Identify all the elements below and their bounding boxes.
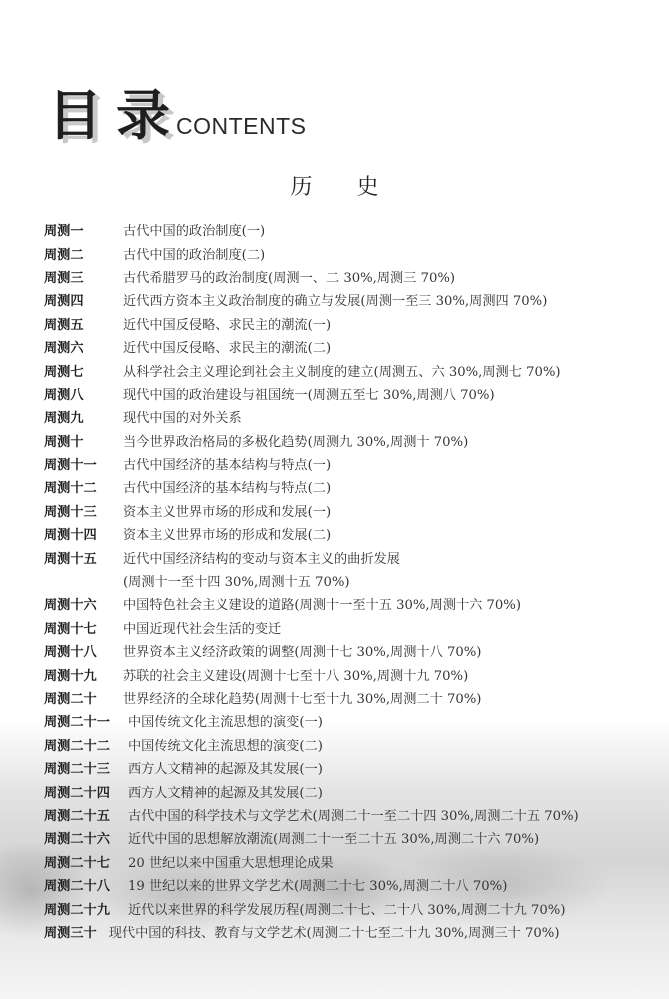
toc-entry-title: 近代西方资本主义政治制度的确立与发展(周测一至三 30%,周测四 70%)	[123, 290, 547, 309]
toc-entry[interactable]: 周测十三资本主义世界市场的形成和发展(一)	[44, 499, 664, 522]
toc-entry-number: 周测二十五	[44, 805, 110, 824]
toc-entry-title: 近代中国反侵略、求民主的潮流(一)	[123, 314, 331, 333]
contents-title-en: CONTENTS	[176, 113, 307, 140]
toc-entry[interactable]: 周测一古代中国的政治制度(一)	[44, 218, 664, 241]
toc-entry[interactable]: 周测二十五古代中国的科学技术与文学艺术(周测二十一至二十四 30%,周测二十五 …	[44, 803, 664, 826]
contents-title-cn: 目录	[48, 88, 184, 142]
toc-entry-number: 周测十九	[44, 665, 123, 684]
toc-entry[interactable]: 周测七从科学社会主义理论到社会主义制度的建立(周测五、六 30%,周测七 70%…	[44, 358, 664, 381]
toc-entry[interactable]: 周测十八世界资本主义经济政策的调整(周测十七 30%,周测十八 70%)	[44, 639, 664, 662]
toc-entry-number: 周测二十四	[44, 782, 110, 801]
toc-entry-number: 周测二十二	[44, 735, 110, 754]
toc-entry-number: 周测二十八	[44, 875, 110, 894]
section-title-history: 历史	[0, 170, 669, 201]
toc-entry-title: 当今世界政治格局的多极化趋势(周测九 30%,周测十 70%)	[123, 431, 468, 450]
toc-entry[interactable]: 周测十六中国特色社会主义建设的道路(周测十一至十五 30%,周测十六 70%)	[44, 592, 664, 615]
toc-entry[interactable]: 周测二十八19 世纪以来的世界文学艺术(周测二十七 30%,周测二十八 70%)	[44, 873, 664, 896]
toc-entry-title: 近代中国的思想解放潮流(周测二十一至二十五 30%,周测二十六 70%)	[128, 828, 539, 847]
toc-entry-title: 近代中国经济结构的变动与资本主义的曲折发展	[123, 548, 400, 567]
toc-entry-title: 苏联的社会主义建设(周测十七至十八 30%,周测十九 70%)	[123, 665, 468, 684]
toc-entry[interactable]: 周测八现代中国的政治建设与祖国统一(周测五至七 30%,周测八 70%)	[44, 382, 664, 405]
toc-entry-title: 西方人文精神的起源及其发展(一)	[128, 758, 323, 777]
toc-entry[interactable]: 周测十当今世界政治格局的多极化趋势(周测九 30%,周测十 70%)	[44, 429, 664, 452]
toc-entry-title: 世界经济的全球化趋势(周测十七至十九 30%,周测二十 70%)	[123, 688, 481, 707]
toc-entry[interactable]: 周测二十六近代中国的思想解放潮流(周测二十一至二十五 30%,周测二十六 70%…	[44, 826, 664, 849]
toc-entry[interactable]: 周测十七中国近现代社会生活的变迁	[44, 616, 664, 639]
toc-entry[interactable]: 周测十五近代中国经济结构的变动与资本主义的曲折发展	[44, 545, 664, 568]
toc-entry[interactable]: 周测三十现代中国的科技、教育与文学艺术(周测二十七至二十九 30%,周测三十 7…	[44, 920, 664, 943]
toc-entry[interactable]: 周测二古代中国的政治制度(二)	[44, 241, 664, 264]
toc-entry[interactable]: 周测十九苏联的社会主义建设(周测十七至十八 30%,周测十九 70%)	[44, 662, 664, 685]
toc-entry[interactable]: 周测六近代中国反侵略、求民主的潮流(二)	[44, 335, 664, 358]
toc-entry-title: 现代中国的政治建设与祖国统一(周测五至七 30%,周测八 70%)	[123, 384, 495, 403]
toc-entry-number: 周测三	[44, 267, 123, 286]
toc-entry-title: 中国特色社会主义建设的道路(周测十一至十五 30%,周测十六 70%)	[123, 594, 521, 613]
toc-entry-number: 周测十	[44, 431, 123, 450]
toc-entry[interactable]: 周测五近代中国反侵略、求民主的潮流(一)	[44, 312, 664, 335]
toc-entry-number: 周测三十	[44, 922, 97, 941]
toc-entry-number: 周测十二	[44, 477, 123, 496]
toc-entry-title: 近代中国反侵略、求民主的潮流(二)	[123, 337, 331, 356]
toc-entry-number: 周测一	[44, 220, 123, 239]
toc-entry-number: 周测十七	[44, 618, 123, 637]
toc-entry-number: 周测二十三	[44, 758, 110, 777]
toc-entry-title: 古代中国经济的基本结构与特点(二)	[123, 477, 331, 496]
toc-entry-number: 周测四	[44, 290, 123, 309]
toc-entry-number: 周测二十一	[44, 711, 110, 730]
toc-entry-title: 古代希腊罗马的政治制度(周测一、二 30%,周测三 70%)	[123, 267, 455, 286]
toc-entry-number: 周测二十六	[44, 828, 110, 847]
toc-entry[interactable]: 周测十一古代中国经济的基本结构与特点(一)	[44, 452, 664, 475]
toc-entry-number: 周测八	[44, 384, 123, 403]
toc-entry-number: 周测十四	[44, 524, 123, 543]
toc-entry[interactable]: 周测四近代西方资本主义政治制度的确立与发展(周测一至三 30%,周测四 70%)	[44, 288, 664, 311]
toc-entry-title: 资本主义世界市场的形成和发展(二)	[123, 524, 331, 543]
toc-entry-title: 资本主义世界市场的形成和发展(一)	[123, 501, 331, 520]
toc-entry-number: 周测十六	[44, 594, 123, 613]
toc-entry-number: 周测六	[44, 337, 123, 356]
toc-entry-title: 近代以来世界的科学发展历程(周测二十七、二十八 30%,周测二十九 70%)	[128, 899, 566, 918]
toc-entry[interactable]: 周测二十三西方人文精神的起源及其发展(一)	[44, 756, 664, 779]
toc-entry-title: 中国近现代社会生活的变迁	[123, 618, 281, 637]
toc-entry-number: 周测五	[44, 314, 123, 333]
toc-entry-title: 中国传统文化主流思想的演变(一)	[128, 711, 323, 730]
toc-entry-title: 古代中国的政治制度(二)	[123, 244, 265, 263]
toc-entry-title: 中国传统文化主流思想的演变(二)	[128, 735, 323, 754]
toc-entry[interactable]: 周测十二古代中国经济的基本结构与特点(二)	[44, 475, 664, 498]
toc-entry-number: 周测十五	[44, 548, 123, 567]
toc-entry-number: 周测二十七	[44, 852, 110, 871]
toc-entry-number: 周测十一	[44, 454, 123, 473]
toc-entry-title: 从科学社会主义理论到社会主义制度的建立(周测五、六 30%,周测七 70%)	[123, 361, 561, 380]
toc-entry-title: 古代中国的科学技术与文学艺术(周测二十一至二十四 30%,周测二十五 70%)	[128, 805, 579, 824]
toc-entry-title: 现代中国的对外关系	[123, 407, 242, 426]
toc-entry-number: 周测二十九	[44, 899, 110, 918]
contents-header: 目录 CONTENTS	[48, 88, 307, 142]
toc-entry-title: 现代中国的科技、教育与文学艺术(周测二十七至二十九 30%,周测三十 70%)	[109, 922, 560, 941]
toc-entry-number: 周测二十	[44, 688, 123, 707]
toc-entry-title: 20 世纪以来中国重大思想理论成果	[128, 852, 334, 871]
toc-entry[interactable]: 周测二十四西方人文精神的起源及其发展(二)	[44, 779, 664, 802]
toc-entry-number: 周测七	[44, 361, 123, 380]
toc-entry-title: 古代中国的政治制度(一)	[123, 220, 265, 239]
toc-entry-title: 世界资本主义经济政策的调整(周测十七 30%,周测十八 70%)	[123, 641, 481, 660]
toc-entry[interactable]: 周测十四资本主义世界市场的形成和发展(二)	[44, 522, 664, 545]
toc-entry-title-continued: (周测十一至十四 30%,周测十五 70%)	[123, 571, 350, 590]
toc-entry-title: 古代中国经济的基本结构与特点(一)	[123, 454, 331, 473]
toc-entry[interactable]: 周测三古代希腊罗马的政治制度(周测一、二 30%,周测三 70%)	[44, 265, 664, 288]
toc-entry-continuation[interactable]: (周测十一至十四 30%,周测十五 70%)	[44, 569, 664, 592]
toc-entry-title: 西方人文精神的起源及其发展(二)	[128, 782, 323, 801]
toc-entry[interactable]: 周测二十一中国传统文化主流思想的演变(一)	[44, 709, 664, 732]
toc-entry[interactable]: 周测二十二中国传统文化主流思想的演变(二)	[44, 733, 664, 756]
toc-entry[interactable]: 周测二十世界经济的全球化趋势(周测十七至十九 30%,周测二十 70%)	[44, 686, 664, 709]
toc-entry-number: 周测九	[44, 407, 123, 426]
toc-entry-number: 周测二	[44, 244, 123, 263]
toc-entry[interactable]: 周测二十九近代以来世界的科学发展历程(周测二十七、二十八 30%,周测二十九 7…	[44, 896, 664, 919]
toc-entry-number: 周测十三	[44, 501, 123, 520]
table-of-contents: 周测一古代中国的政治制度(一) 周测二古代中国的政治制度(二) 周测三古代希腊罗…	[44, 218, 664, 943]
toc-entry-number: 周测十八	[44, 641, 123, 660]
toc-entry-title: 19 世纪以来的世界文学艺术(周测二十七 30%,周测二十八 70%)	[128, 875, 507, 894]
toc-entry[interactable]: 周测九现代中国的对外关系	[44, 405, 664, 428]
toc-entry[interactable]: 周测二十七20 世纪以来中国重大思想理论成果	[44, 850, 664, 873]
